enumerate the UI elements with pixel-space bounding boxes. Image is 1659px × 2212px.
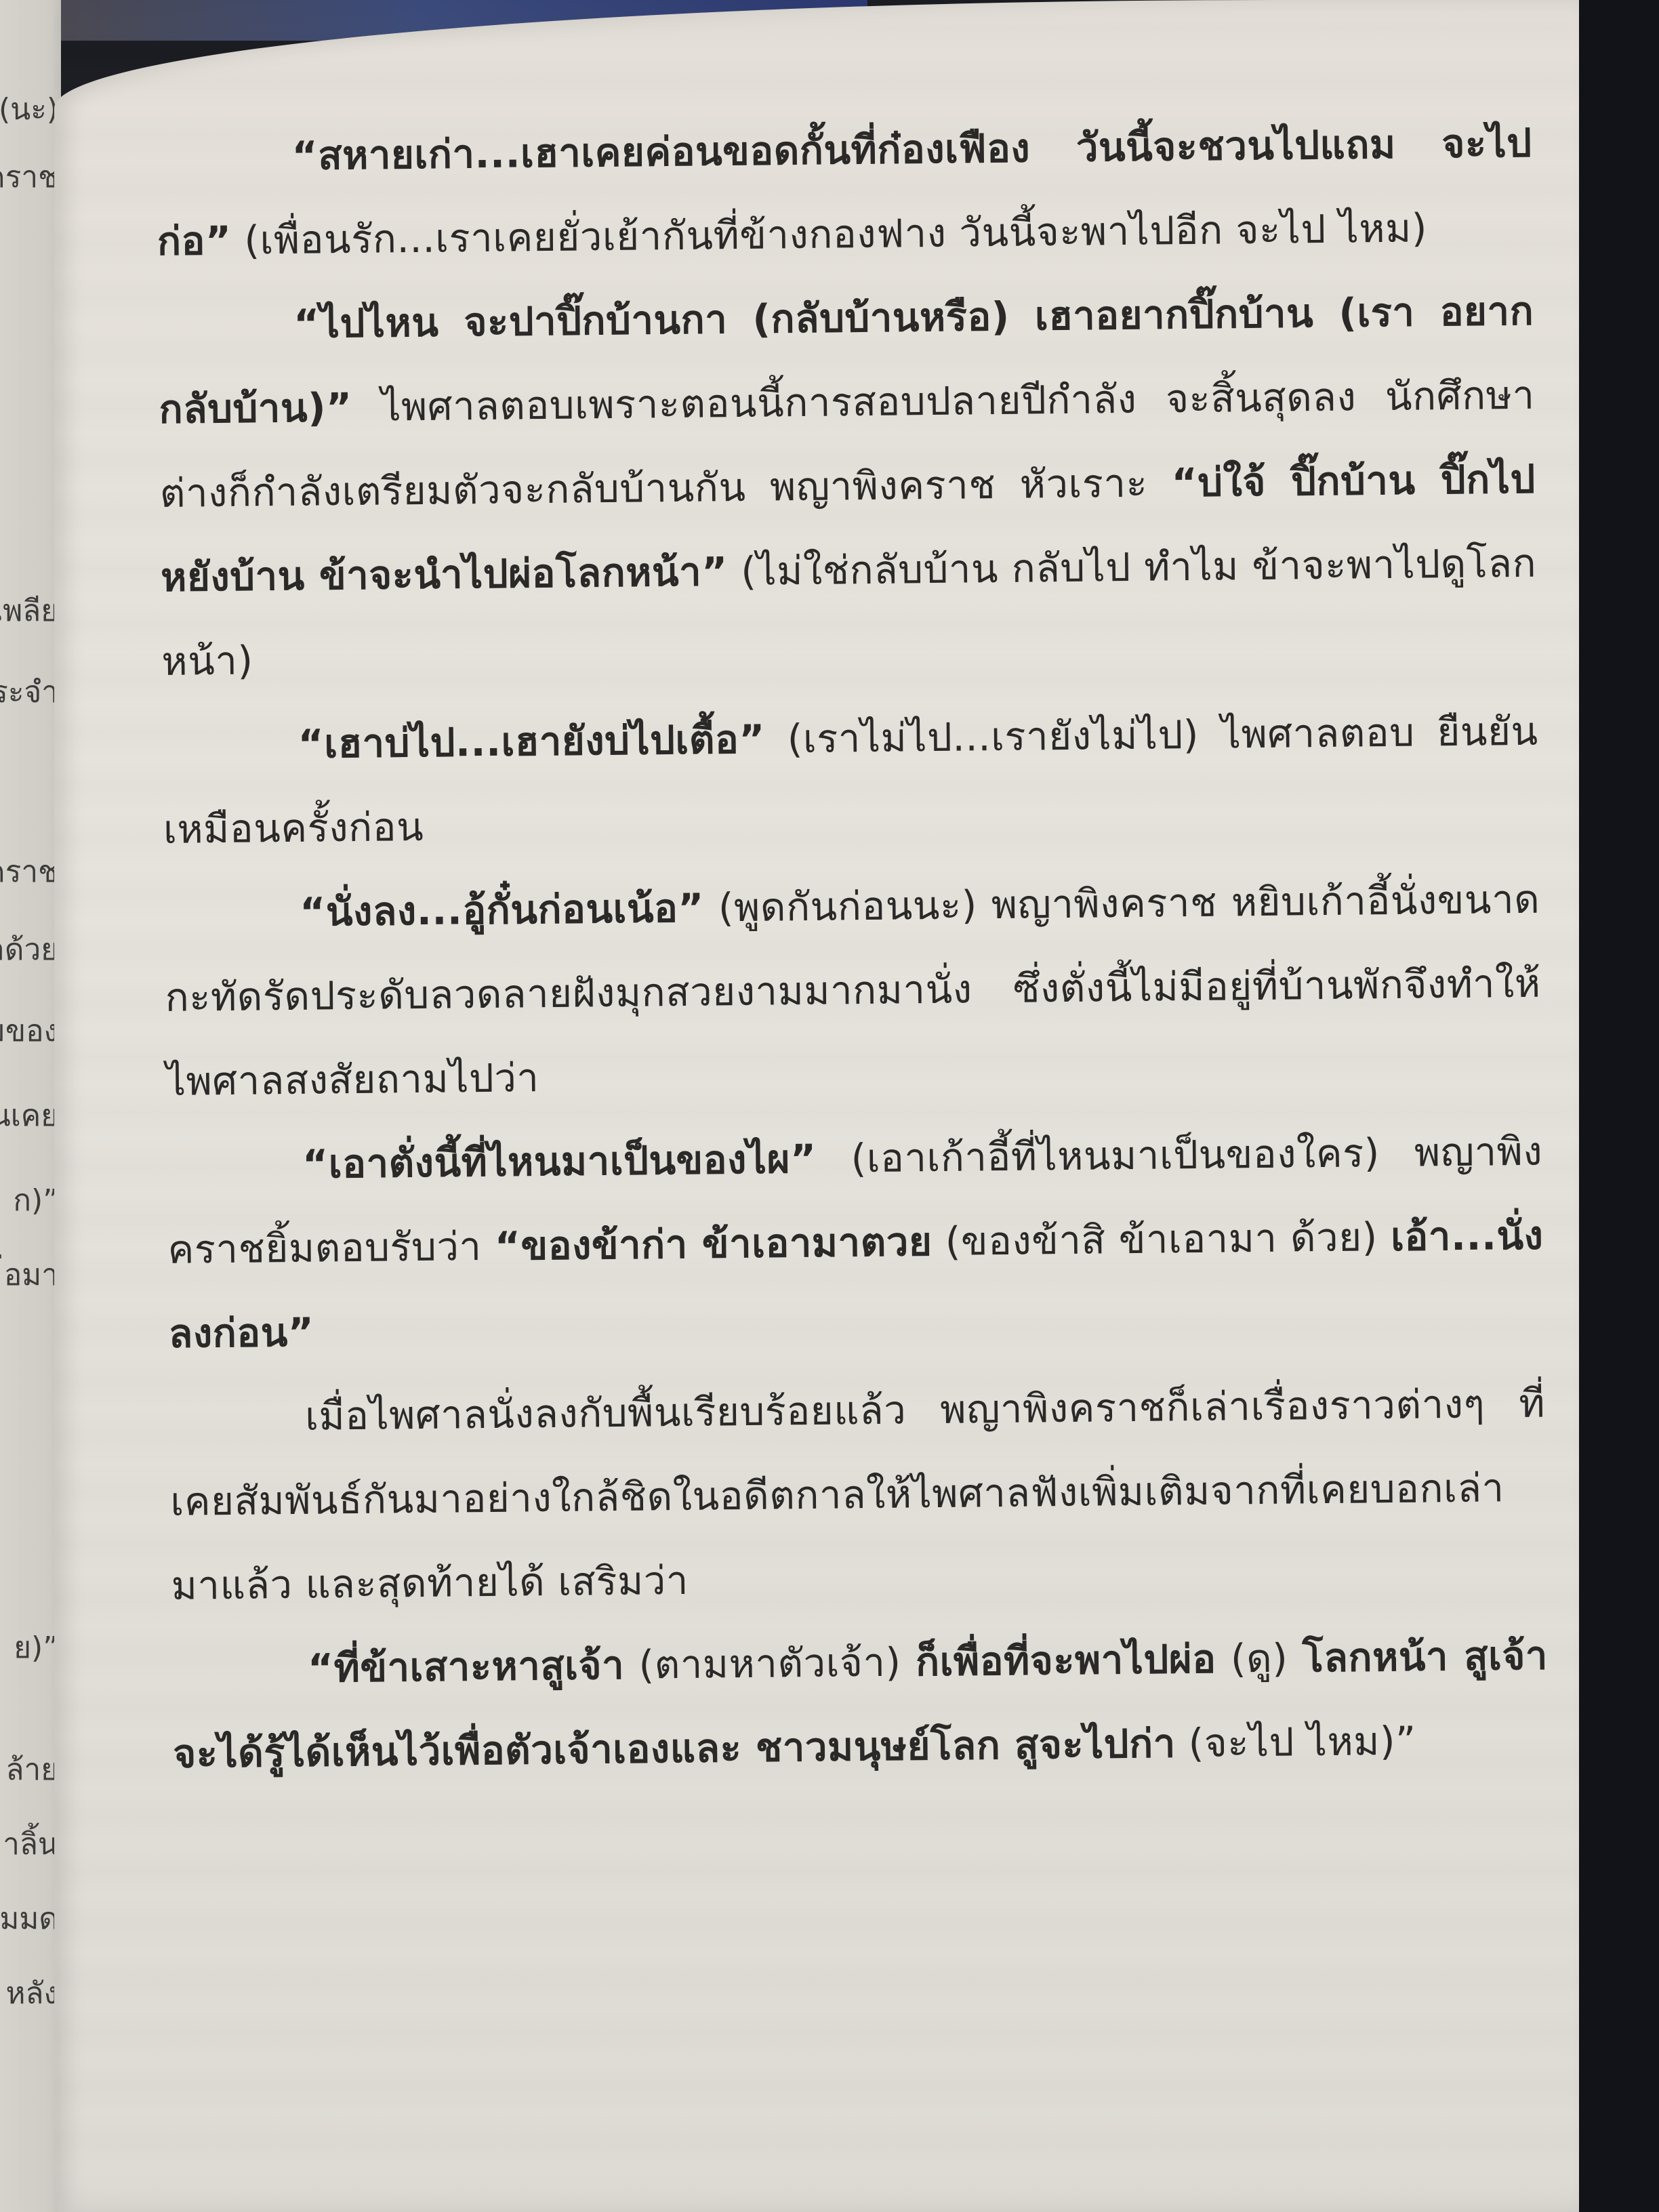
facing-fragment: าลิ้น bbox=[3, 1830, 58, 1860]
dialect-speech: “นั่งลง...อู้กั๋นก่อนเน้อ” bbox=[300, 885, 704, 935]
translation: (ของข้าสิ ข้าเอามา ด้วย) bbox=[932, 1214, 1391, 1265]
dialect-speech: ก็เพื่อที่จะพาไปผ่อ bbox=[916, 1636, 1216, 1685]
dialect-speech: “เฮาบ่ไป...เฮายังบ่ไปเตื้อ” bbox=[298, 716, 765, 767]
translation: (จะไป ไหม)” bbox=[1175, 1718, 1416, 1767]
facing-fragment: าด้วย bbox=[0, 935, 58, 965]
paragraph-3: “เฮาบ่ไป...เฮายังบ่ไปเตื้อ” (เราไม่ไป...… bbox=[162, 689, 1539, 872]
facing-page: (นะ) งคราช เพลีย ประจำ คราช าด้วย มของ น… bbox=[0, 0, 61, 2212]
facing-fragment: มของ bbox=[0, 1017, 58, 1046]
facing-fragment: (นะ) bbox=[0, 95, 58, 125]
book-page: “สหายเก่า...เฮาเคยค่อนขอดกั้นที่ก๋องเฟือ… bbox=[54, 0, 1579, 2212]
facing-fragment: มมด bbox=[0, 1904, 58, 1934]
paragraph-6: เมื่อไพศาลนั่งลงกับพื้นเรียบร้อยแล้ว พญา… bbox=[169, 1361, 1547, 1628]
translation: (ดู) bbox=[1216, 1635, 1303, 1681]
facing-fragment: นเคย bbox=[0, 1101, 58, 1131]
facing-fragment: งคราช bbox=[0, 163, 58, 192]
dialect-speech: “เอาตั่งนี้ที่ไหนมาเป็นของไผ” bbox=[302, 1136, 817, 1187]
facing-fragment: คราช bbox=[0, 857, 58, 887]
page-body: “สหายเก่า...เฮาเคยค่อนขอดกั้นที่ก๋องเฟือ… bbox=[156, 101, 1549, 1796]
dialect-speech: “ของข้าก่า ข้าเอามาตวย bbox=[495, 1218, 933, 1269]
paragraph-4: “นั่งลง...อู้กั๋นก่อนเน้อ” (พูดกันก่อนนะ… bbox=[164, 857, 1542, 1124]
paragraph-2: “ไปไหน จะปาปิ๊กบ้านกา (กลับบ้านหรือ) เฮา… bbox=[158, 269, 1538, 703]
translation: (เพื่อนรัก...เราเคยยั่วเย้ากันที่ข้างกอง… bbox=[231, 205, 1427, 263]
facing-fragment: หลัง bbox=[6, 1979, 58, 2009]
facing-fragment: ล้าย bbox=[6, 1755, 58, 1785]
paragraph-1: “สหายเก่า...เฮาเคยค่อนขอดกั้นที่ก๋องเฟือ… bbox=[156, 101, 1533, 283]
dialect-speech: “ที่ข้าเสาะหาสูเจ้า bbox=[308, 1642, 625, 1692]
facing-fragment: ประจำ bbox=[0, 678, 58, 708]
facing-fragment: ่อมา bbox=[4, 1261, 58, 1290]
narration: เมื่อไพศาลนั่งลงกับพื้นเรียบร้อยแล้ว พญา… bbox=[170, 1380, 1545, 1609]
translation: (ตามหาตัวเจ้า) bbox=[624, 1639, 916, 1687]
facing-fragment: ย)” bbox=[14, 1633, 58, 1663]
paragraph-7: “ที่ข้าเสาะหาสูเจ้า (ตามหาตัวเจ้า) ก็เพื… bbox=[171, 1614, 1549, 1796]
facing-fragment: ก)” bbox=[13, 1186, 58, 1216]
paragraph-5: “เอาตั่งนี้ที่ไหนมาเป็นของไผ” (เอาเก้าอี… bbox=[167, 1109, 1545, 1376]
facing-fragment: เพลีย bbox=[0, 596, 58, 626]
background-right bbox=[1578, 0, 1659, 2212]
